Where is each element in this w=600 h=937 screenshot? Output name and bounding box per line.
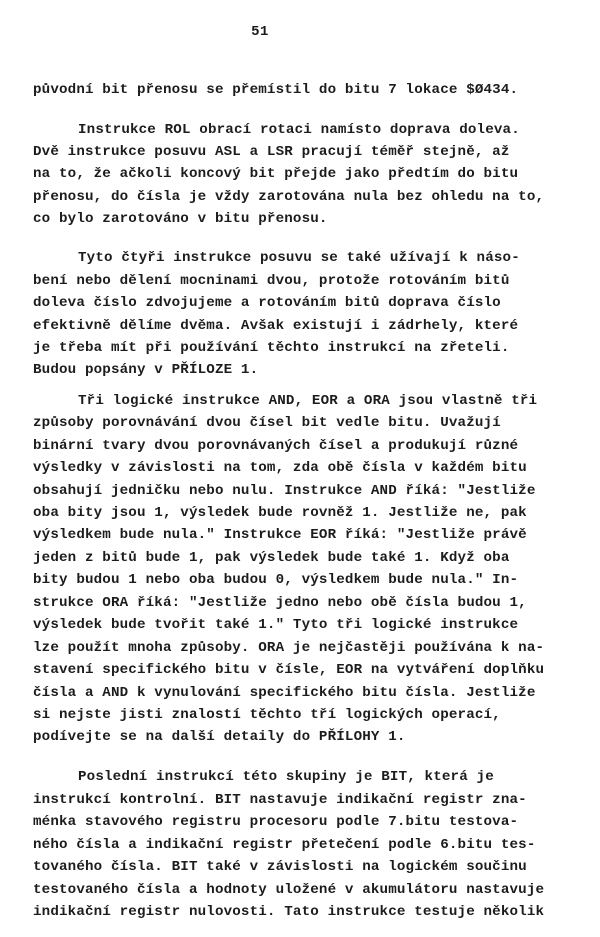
text-line: instrukcí kontrolní. BIT nastavuje indik…: [33, 791, 527, 809]
page-number: 51: [0, 24, 520, 40]
text-line: Tři logické instrukce AND, EOR a ORA jso…: [78, 392, 537, 410]
text-line: Poslední instrukcí této skupiny je BIT, …: [78, 768, 494, 786]
text-line: oba bity jsou 1, výsledek bude rovněž 1.…: [33, 504, 527, 522]
text-line: Dvě instrukce posuvu ASL a LSR pracují t…: [33, 143, 510, 161]
text-line: způsoby porovnávání dvou čísel bit vedle…: [33, 414, 501, 432]
text-line: jeden z bitů bude 1, pak výsledek bude t…: [33, 549, 510, 567]
text-line: efektivně dělíme dvěma. Avšak existují i…: [33, 317, 518, 335]
text-line: výsledek bude tvořit také 1." Tyto tři l…: [33, 616, 518, 634]
text-line: bity budou 1 nebo oba budou 0, výsledkem…: [33, 571, 518, 589]
text-line: doleva číslo zdvojujeme a rotováním bitů…: [33, 294, 501, 312]
text-line: podívejte se na další detaily do PŘÍLOHY…: [33, 728, 406, 746]
text-line: lze použít mnoha způsoby. ORA je nejčast…: [33, 639, 544, 657]
text-line: stavení specifického bitu v čísle, EOR n…: [33, 661, 544, 679]
text-line: si nejste jisti znalostí těchto tří logi…: [33, 706, 501, 724]
text-line: testovaného čísla a hodnoty uložené v ak…: [33, 881, 544, 899]
text-line: ného čísla a indikační registr přetečení…: [33, 836, 536, 854]
text-line: výsledkem bude nula." Instrukce EOR říká…: [33, 526, 527, 544]
text-line: obsahují jedničku nebo nulu. Instrukce A…: [33, 482, 536, 500]
text-line: Tyto čtyři instrukce posuvu se také užív…: [78, 249, 520, 267]
text-line: tovaného čísla. BIT také v závislosti na…: [33, 858, 527, 876]
text-line: přenosu, do čísla je vždy zarotována nul…: [33, 188, 544, 206]
text-line: binární tvary dvou porovnávaných čísel a…: [33, 437, 518, 455]
text-line: výsledky v závislosti na tom, zda obě čí…: [33, 459, 527, 477]
text-line: původní bit přenosu se přemístil do bitu…: [33, 81, 518, 99]
text-line: na to, že ačkoli koncový bit přejde jako…: [33, 165, 518, 183]
text-line: je třeba mít při používání těchto instru…: [33, 339, 510, 357]
text-line: čísla a AND k vynulování specifického bi…: [33, 684, 536, 702]
text-line: co bylo zarotováno v bitu přenosu.: [33, 210, 328, 228]
text-line: Instrukce ROL obrací rotaci namísto dopr…: [78, 121, 520, 139]
text-line: bení nebo dělení mocninami dvou, protože…: [33, 272, 510, 290]
text-line: Budou popsány v PŘÍLOZE 1.: [33, 361, 258, 379]
text-line: strukce ORA říká: "Jestliže jedno nebo o…: [33, 594, 527, 612]
text-line: ménka stavového registru procesoru podle…: [33, 813, 518, 831]
text-line: indikační registr nulovosti. Tato instru…: [33, 903, 544, 921]
